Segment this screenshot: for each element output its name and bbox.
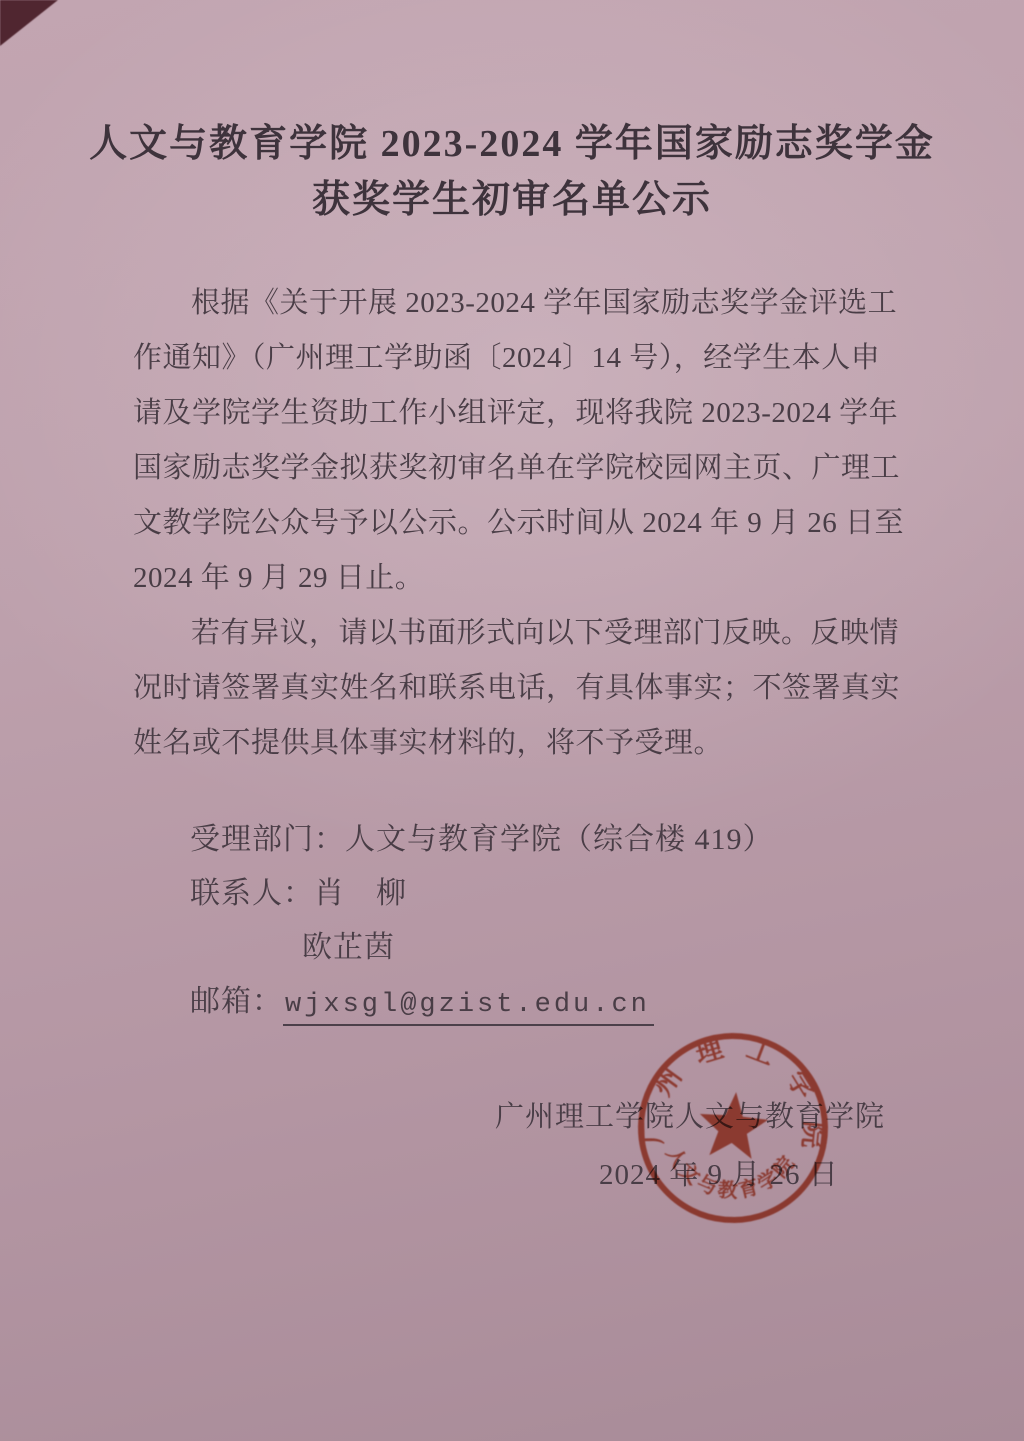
seal-graphic: 广州理工学院 人文与教育学院	[625, 1020, 842, 1237]
body-line: 2024 年 9 月 29 日止。	[133, 551, 903, 606]
body-line: 况时请签署真实姓名和联系电话，有具体事实；不签署真实	[133, 661, 903, 716]
contact-person-line: 联系人：肖 柳	[190, 867, 890, 921]
email-line: 邮箱：wjxsgl@gzist.edu.cn	[190, 975, 890, 1029]
body-line: 根据《关于开展 2023-2024 学年国家励志奖学金评选工	[133, 276, 903, 331]
seal-star-icon	[696, 1089, 770, 1160]
body-text: 根据《关于开展 2023-2024 学年国家励志奖学金评选工 作通知》（广州理工…	[133, 276, 903, 771]
svg-text:人文与教育学院: 人文与教育学院	[658, 1140, 801, 1208]
contact-person-2: 欧芷茵	[190, 921, 890, 975]
official-seal: 广州理工学院 人文与教育学院	[625, 1020, 842, 1237]
body-line: 姓名或不提供具体事实材料的，将不予受理。	[133, 716, 903, 771]
document-title-line2: 获奖学生初审名单公示	[0, 168, 1024, 223]
body-line: 作通知》（广州理工学助函〔2024〕14 号），经学生本人申	[133, 331, 903, 386]
accepting-department-line: 受理部门：人文与教育学院（综合楼 419）	[190, 813, 890, 867]
email-label: 邮箱：	[190, 985, 283, 1018]
contact-info: 受理部门：人文与教育学院（综合楼 419） 联系人：肖 柳 欧芷茵 邮箱：wjx…	[190, 813, 890, 1029]
background-corner	[0, 0, 58, 46]
seal-bottom-text: 人文与教育学院	[658, 1140, 801, 1208]
body-line: 若有异议，请以书面形式向以下受理部门反映。反映情	[133, 606, 903, 661]
document-title-line1: 人文与教育学院 2023-2024 学年国家励志奖学金	[0, 112, 1024, 167]
body-line: 国家励志奖学金拟获奖初审名单在学院校园网主页、广理工	[133, 441, 903, 496]
document-page: 人文与教育学院 2023-2024 学年国家励志奖学金 获奖学生初审名单公示 根…	[0, 0, 1024, 1441]
body-line: 文教学院公众号予以公示。公示时间从 2024 年 9 月 26 日至	[133, 496, 903, 551]
body-line: 请及学院学生资助工作小组评定，现将我院 2023-2024 学年	[133, 386, 903, 441]
email-address: wjxsgl@gzist.edu.cn	[283, 987, 654, 1026]
